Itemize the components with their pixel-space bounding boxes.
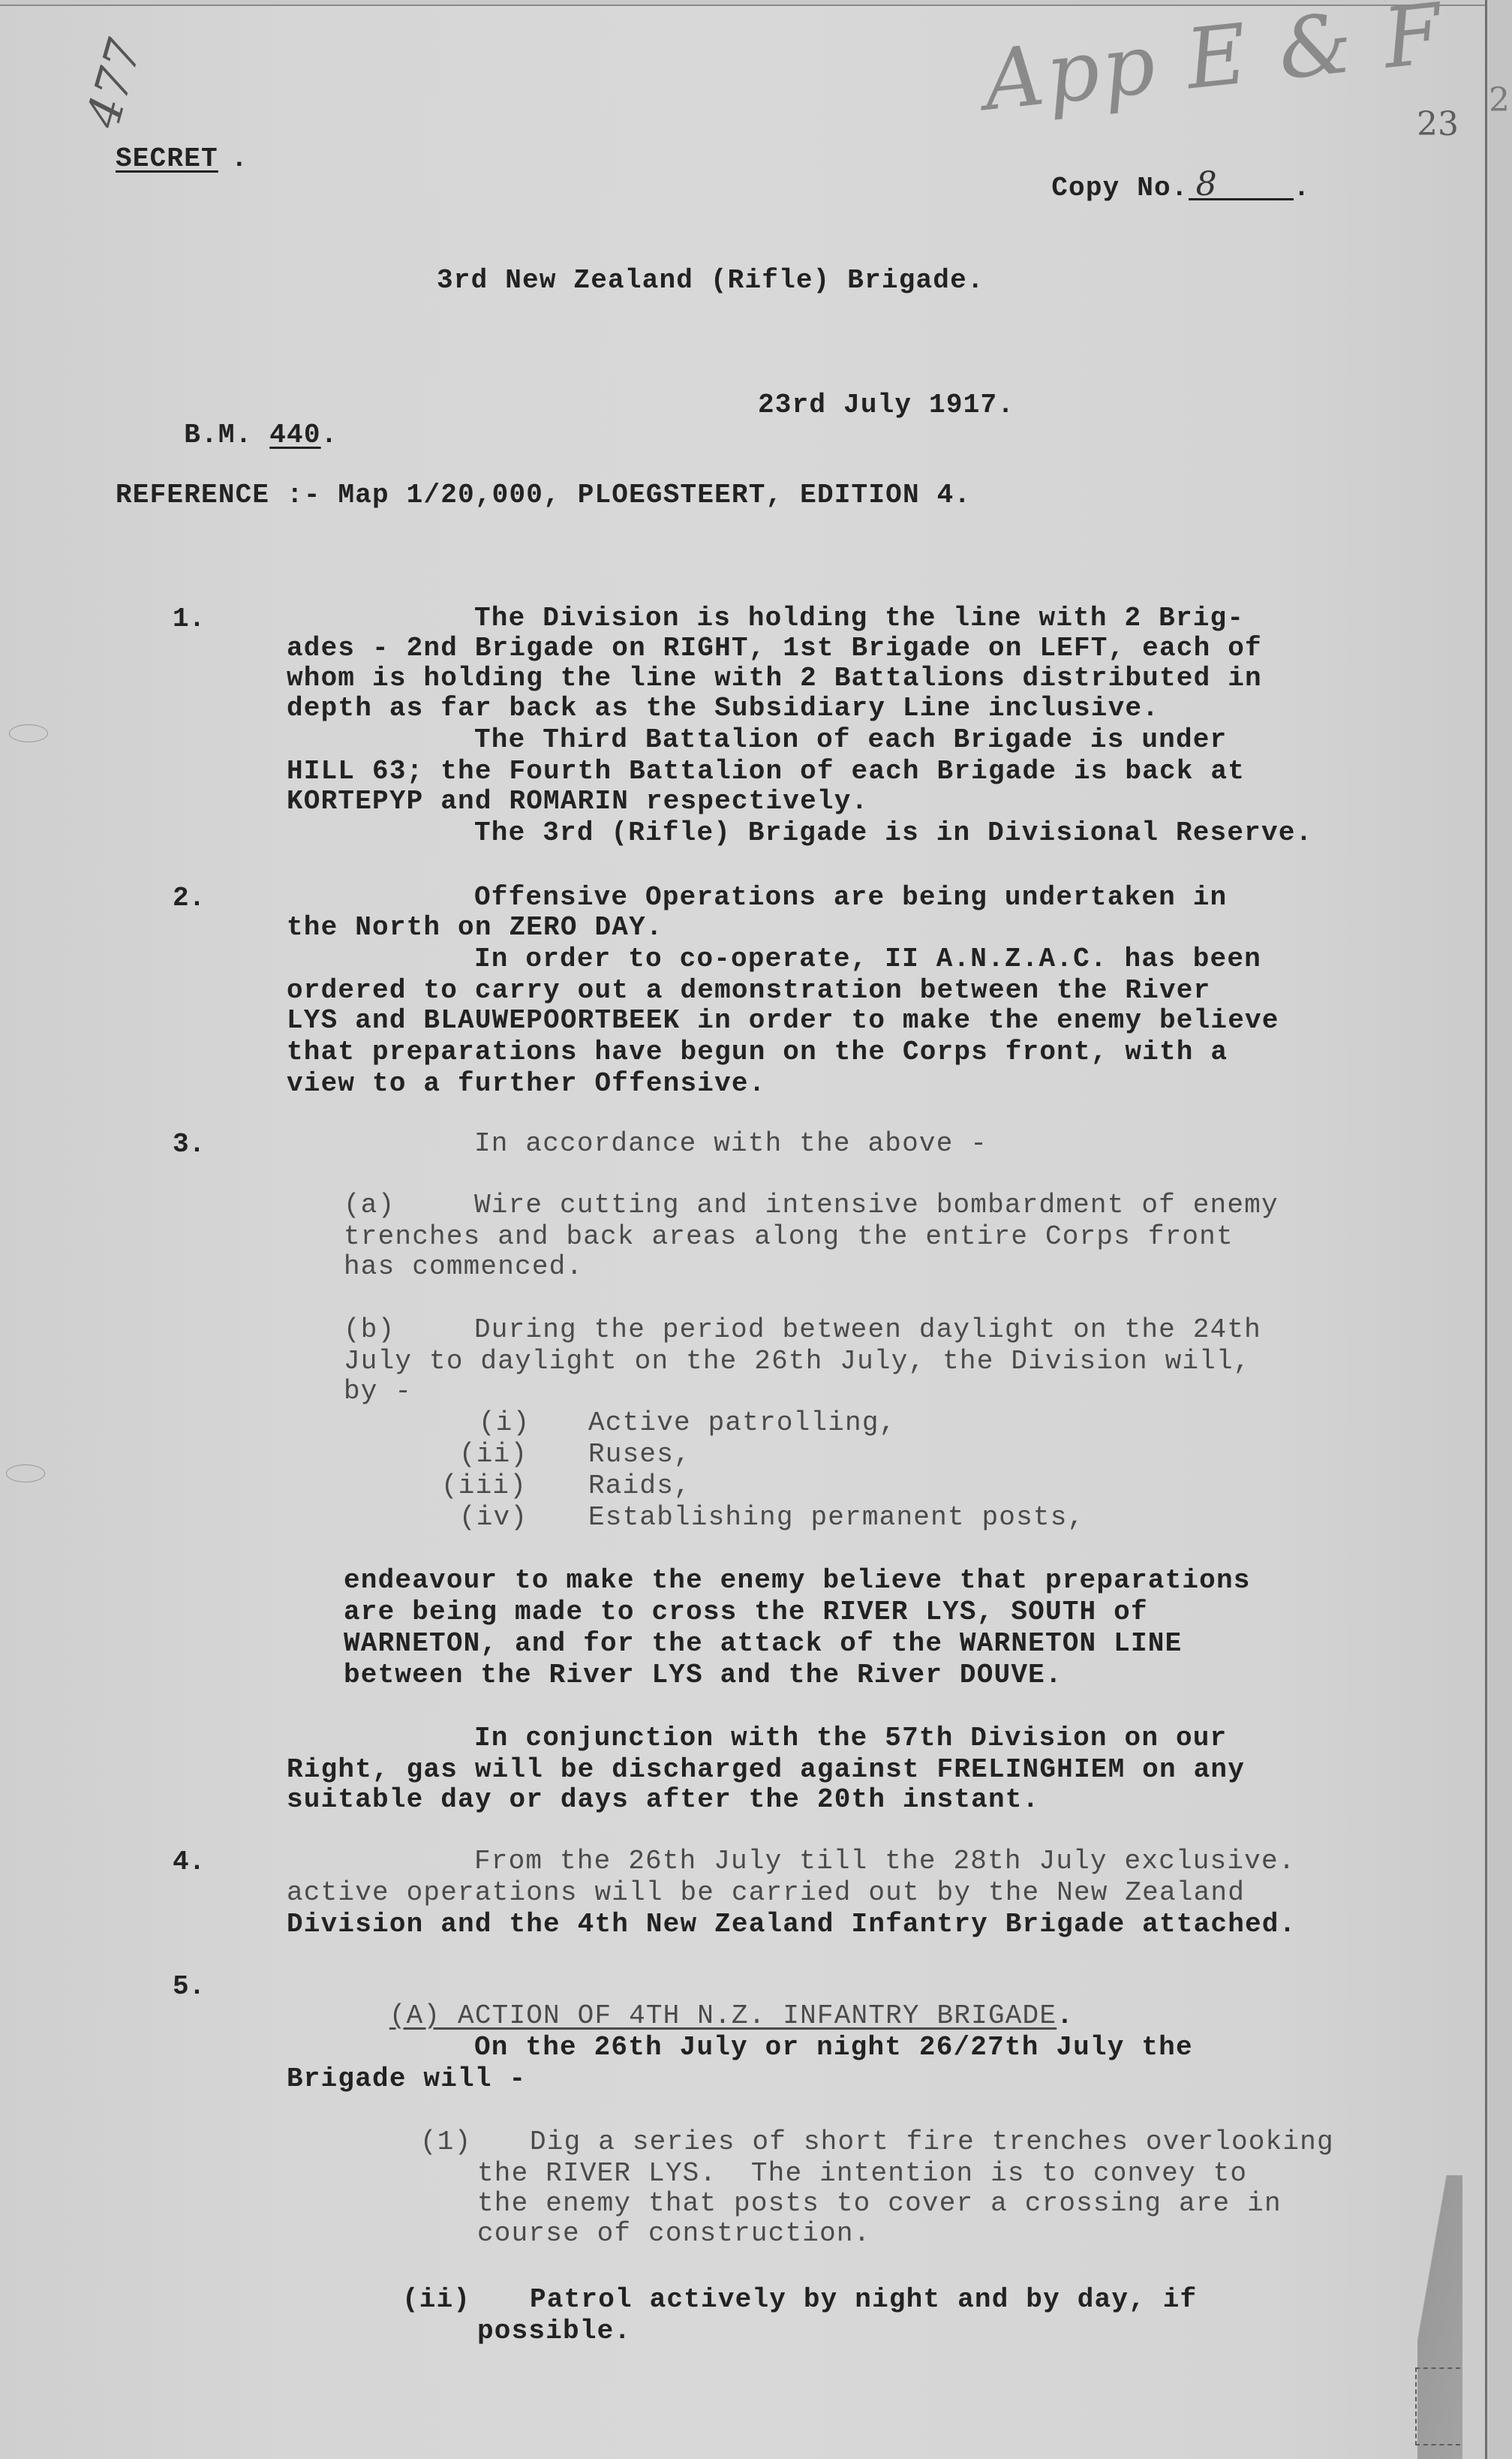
- handwritten-annotation: App E & F: [979, 0, 1449, 129]
- paragraph-number: 3.: [173, 1129, 205, 1160]
- list-item-line: Dig a series of short fire trenches over…: [530, 2127, 1334, 2157]
- copy-period: .: [1294, 173, 1311, 203]
- edge-mark: 2: [1489, 81, 1510, 119]
- list-item-label: (ii): [459, 1440, 528, 1470]
- list-item-label: (ii): [402, 2285, 470, 2315]
- paragraph-intro: In accordance with the above -: [474, 1129, 987, 1159]
- sub-item-line: July to daylight on the 26th July, the D…: [344, 1347, 1251, 1377]
- paragraph-line: view to a further Offensive.: [287, 1069, 766, 1099]
- paragraph-number: 2.: [173, 883, 205, 913]
- sub-item-closing-line: endeavour to make the enemy believe that…: [344, 1566, 1251, 1596]
- gas-line: In conjunction with the 57th Division on…: [474, 1723, 1227, 1753]
- classification-period: .: [231, 144, 248, 174]
- classification-label: SECRET: [116, 144, 218, 174]
- sub-item-line: Wire cutting and intensive bombardment o…: [474, 1190, 1279, 1220]
- map-reference: REFERENCE :- Map 1/20,000, PLOEGSTEERT, …: [116, 480, 971, 510]
- copy-number: 8: [1189, 171, 1294, 200]
- list-item-label: (1): [420, 2127, 471, 2157]
- list-item-label: (iii): [441, 1471, 527, 1501]
- paragraph-line: The 3rd (Rifle) Brigade is in Divisional…: [474, 818, 1312, 848]
- gas-line: suitable day or days after the 20th inst…: [287, 1785, 1039, 1815]
- list-item-line: the RIVER LYS. The intention is to conve…: [477, 2159, 1247, 2189]
- paragraph-line: The Third Battalion of each Brigade is u…: [474, 725, 1227, 755]
- reference-prefix: B.M.: [184, 420, 252, 450]
- paragraph-line: whom is holding the line with 2 Battalio…: [287, 664, 1262, 694]
- paragraph-line: that preparations have begun on the Corp…: [287, 1037, 1228, 1067]
- reference-line: B.M. 440.: [116, 390, 338, 480]
- section-heading-period: .: [1057, 2000, 1074, 2031]
- folio-number: 23: [1417, 105, 1459, 143]
- page-edge: 2: [1485, 0, 1512, 2459]
- paragraph-line: active operations will be carried out by…: [287, 1878, 1245, 1908]
- list-item-text: Active patrolling,: [588, 1408, 896, 1438]
- list-item-label: (i): [479, 1408, 530, 1438]
- sub-item-closing-line: WARNETON, and for the attack of the WARN…: [344, 1629, 1182, 1659]
- paragraph-line: HILL 63; the Fourth Battalion of each Br…: [287, 757, 1245, 787]
- paragraph-number: 5.: [173, 1971, 205, 2002]
- sub-item-closing-line: are being made to cross the RIVER LYS, S…: [344, 1597, 1148, 1627]
- reference-number: 440: [269, 420, 320, 450]
- document-title: 3rd New Zealand (Rifle) Brigade.: [437, 266, 984, 296]
- paragraph-line: Offensive Operations are being undertake…: [474, 883, 1227, 913]
- paragraph-line: From the 26th July till the 28th July ex…: [474, 1847, 1296, 1877]
- paragraph-line: In order to co-operate, II A.N.Z.A.C. ha…: [474, 944, 1261, 974]
- paragraph-number: 4.: [173, 1847, 205, 1877]
- paragraph-line: LYS and BLAUWEPOORTBEEK in order to make…: [287, 1006, 1279, 1036]
- handwritten-file-number: 477: [75, 33, 152, 134]
- list-item-text: Raids,: [588, 1471, 691, 1501]
- paragraph-intro-line: Brigade will -: [287, 2064, 526, 2094]
- copy-label: Copy No.: [1051, 173, 1188, 203]
- sub-item-line: has commenced.: [344, 1252, 583, 1282]
- copy-number-field: Copy No.8.: [983, 141, 1310, 233]
- list-item-line: possible.: [477, 2316, 631, 2346]
- document-date: 23rd July 1917.: [758, 390, 1015, 420]
- document-page: 477 App E & F 23 SECRET . Copy No.8. 3rd…: [0, 5, 1487, 2459]
- section-heading-text: (A) ACTION OF 4TH N.Z. INFANTRY BRIGADE: [389, 2000, 1057, 2031]
- list-item-text: Establishing permanent posts,: [588, 1503, 1084, 1533]
- list-item-line: course of construction.: [477, 2219, 870, 2249]
- paragraph-line: depth as far back as the Subsidiary Line…: [287, 694, 1159, 724]
- sub-item-label: (a): [344, 1190, 395, 1220]
- sub-item-label: (b): [344, 1315, 395, 1345]
- list-item-line: the enemy that posts to cover a crossing…: [477, 2189, 1282, 2219]
- list-item-label: (iv): [459, 1503, 528, 1533]
- paragraph-line: Division and the 4th New Zealand Infantr…: [287, 1910, 1296, 1940]
- sub-item-line: During the period between daylight on th…: [474, 1315, 1261, 1345]
- list-item-line: Patrol actively by night and by day, if: [530, 2285, 1197, 2315]
- paragraph-line: ordered to carry out a demonstration bet…: [287, 976, 1210, 1006]
- gas-line: Right, gas will be discharged against FR…: [287, 1755, 1245, 1785]
- paragraph-line: KORTEPYP and ROMARIN respectively.: [287, 787, 868, 817]
- paragraph-number: 1.: [173, 603, 205, 634]
- sub-item-closing-line: between the River LYS and the River DOUV…: [344, 1660, 1063, 1690]
- punch-hole-icon: [9, 724, 48, 742]
- paragraph-line: ades - 2nd Brigade on RIGHT, 1st Brigade…: [287, 634, 1262, 664]
- sub-item-line: by -: [344, 1377, 412, 1407]
- paragraph-line: The Division is holding the line with 2 …: [474, 603, 1244, 634]
- paragraph-intro-line: On the 26th July or night 26/27th July t…: [474, 2033, 1193, 2063]
- fold-crease: [1415, 2367, 1460, 2445]
- paragraph-line: the North on ZERO DAY.: [287, 913, 663, 943]
- sub-item-line: trenches and back areas along the entire…: [344, 1222, 1234, 1252]
- list-item-text: Ruses,: [588, 1440, 691, 1470]
- punch-hole-icon: [6, 1464, 45, 1482]
